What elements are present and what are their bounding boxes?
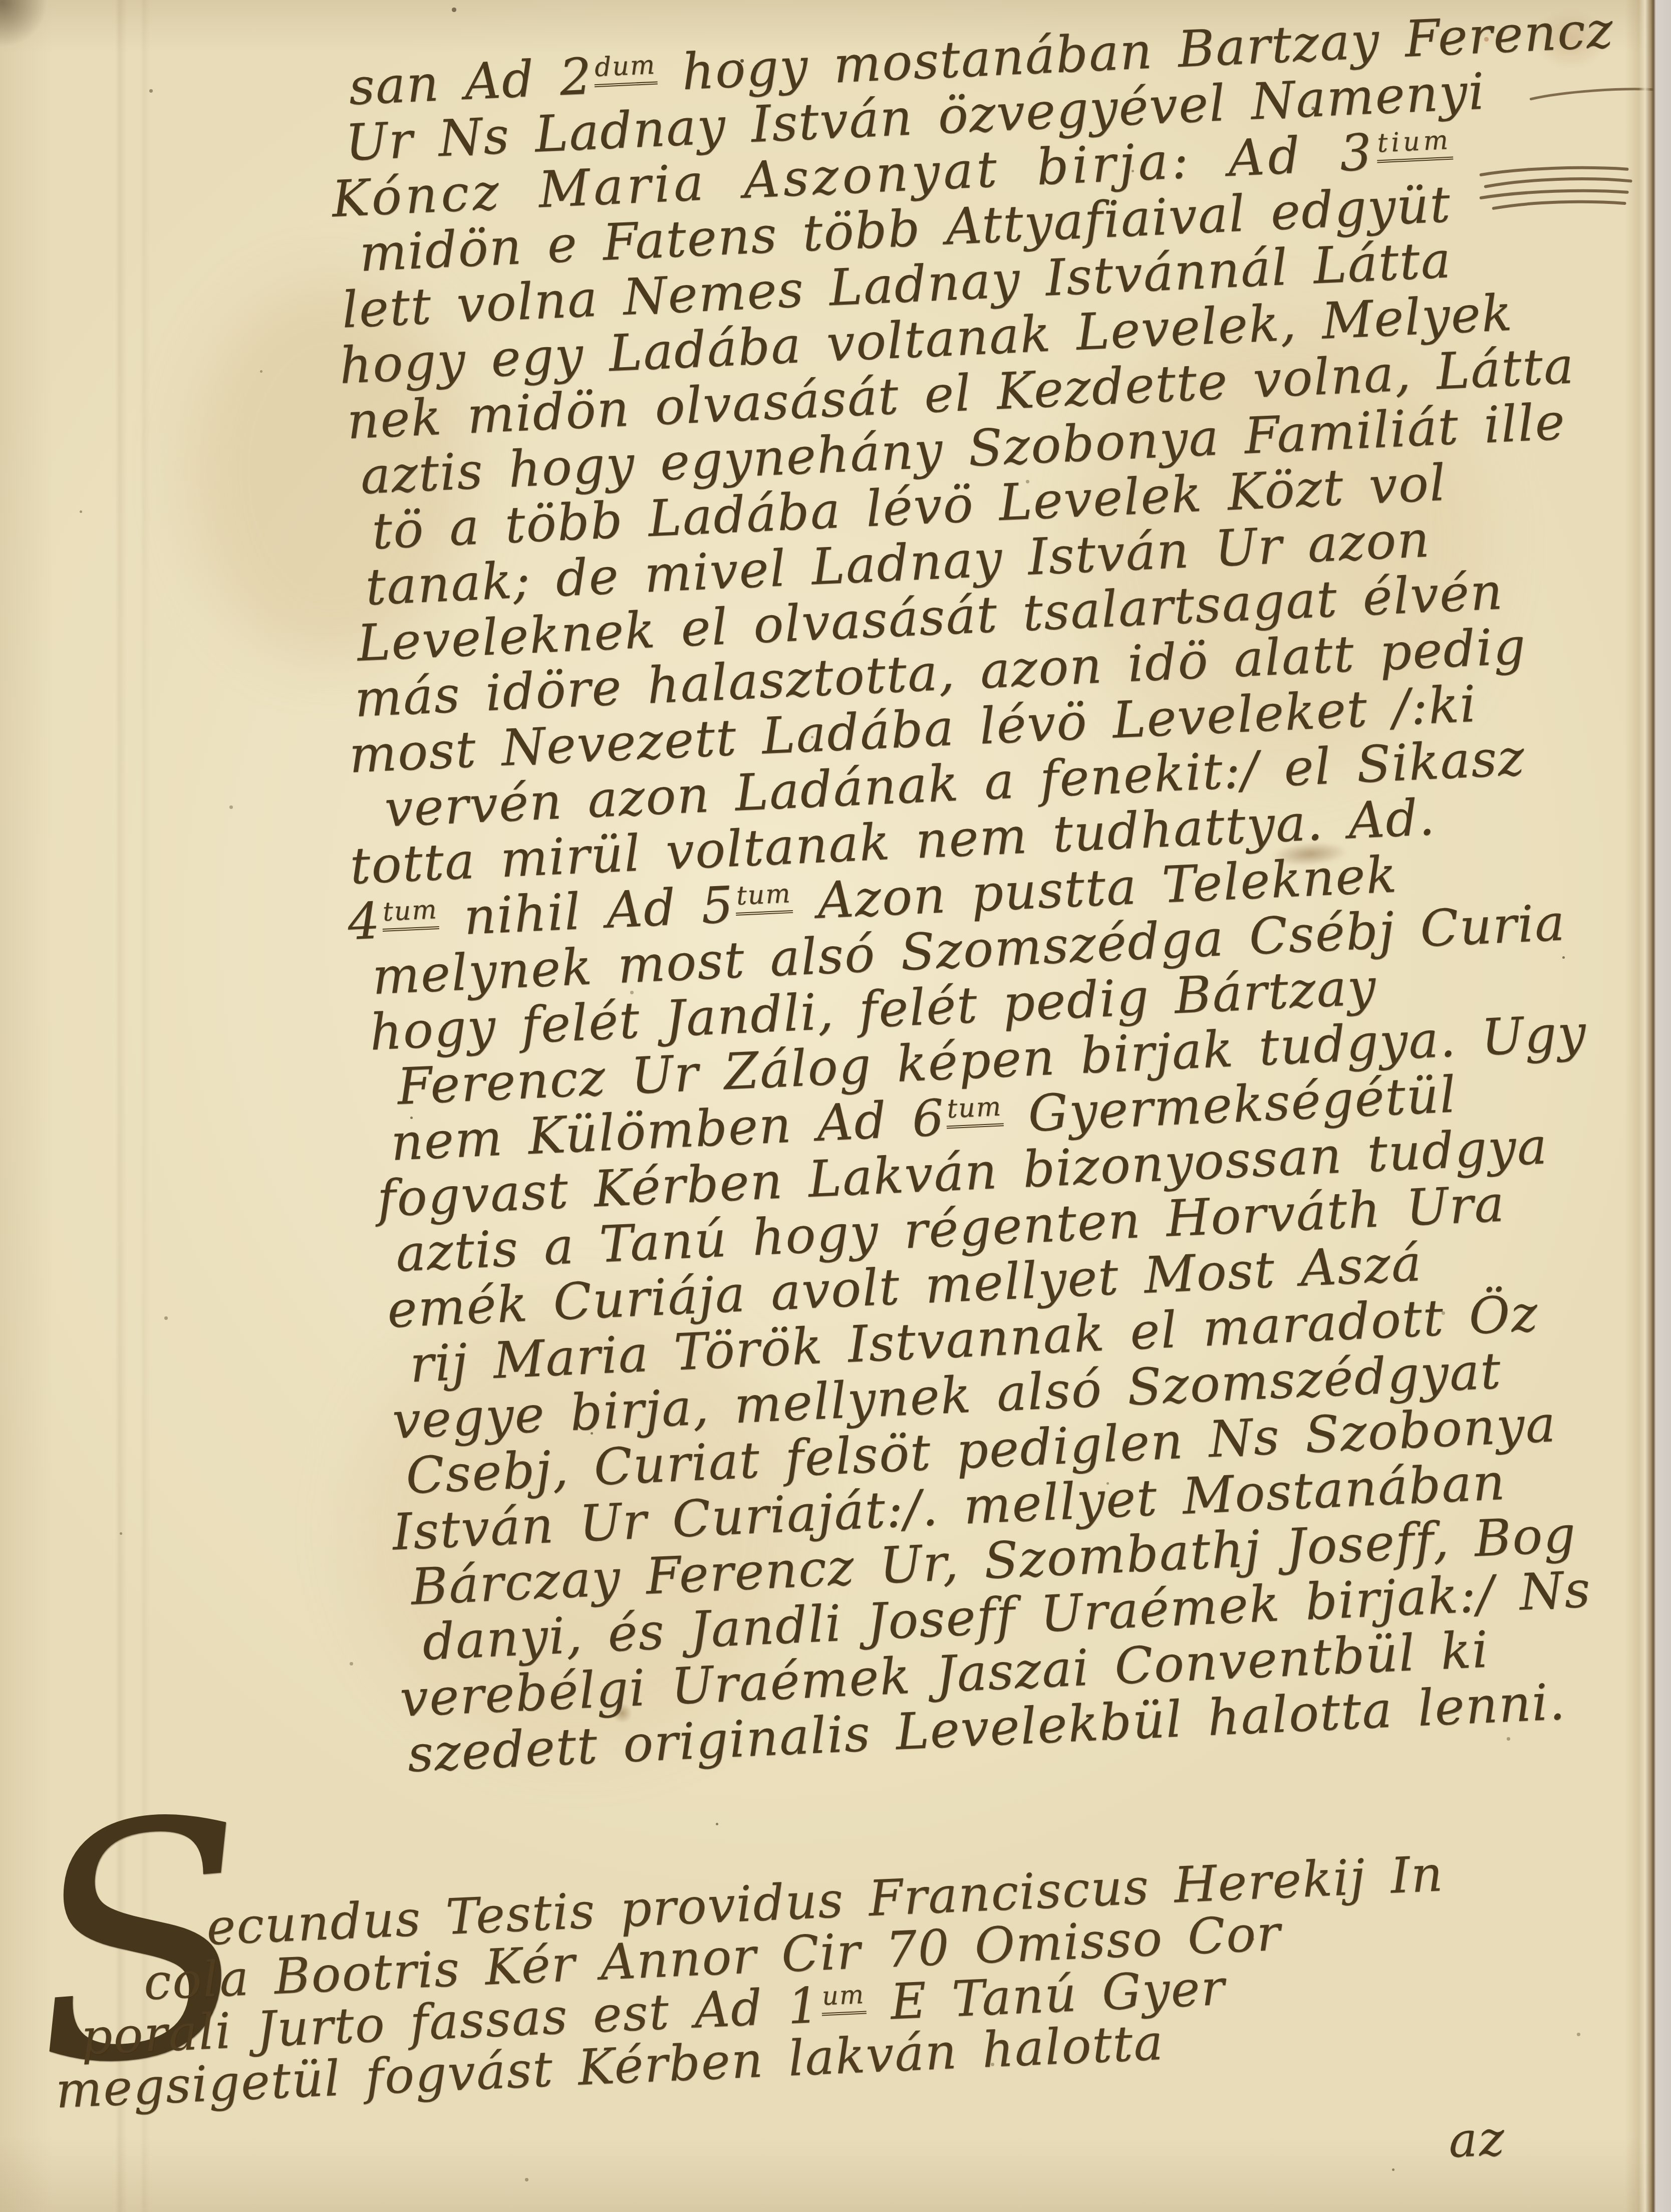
testimony-paragraph-1: san Ad 2dum hogy mostanában Bartzay Fere…: [331, 0, 1671, 1782]
scan-right-edge: [1625, 0, 1671, 2212]
manuscript-page: san Ad 2dum hogy mostanában Bartzay Fere…: [0, 0, 1671, 2212]
scan-corner-shadow: [0, 0, 48, 48]
catchword: az: [1448, 2110, 1507, 2168]
testimony-paragraph-2: ecundus Testis providus Franciscus Herek…: [170, 1839, 1655, 2111]
ink-underline-flourish: [1477, 161, 1639, 215]
